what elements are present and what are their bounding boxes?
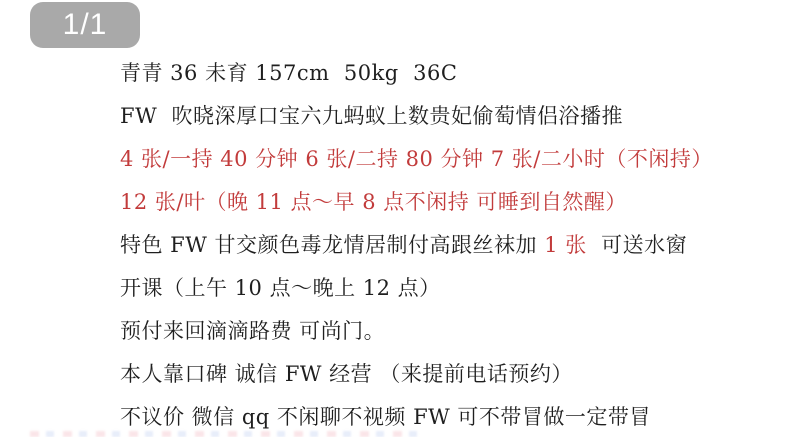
- text-segment: 可送水窗: [587, 233, 687, 257]
- text-segment: 1 张: [544, 233, 587, 257]
- text-line: 4 张/一持 40 分钟 6 张/二持 80 分钟 7 张/二小时（不闲持）: [120, 138, 780, 181]
- text-line: 青青 36 未育 157cm 50kg 36C: [120, 52, 780, 95]
- text-line: 预付来回滴滴路费 可尚门。: [120, 310, 780, 353]
- text-segment: 本人靠口碑 诚信 FW 经营 （来提前电话预约）: [120, 362, 573, 386]
- text-line: 开课（上午 10 点～晚上 12 点）: [120, 267, 780, 310]
- text-segment: 12 张/叶（晚 11 点～早 8 点不闲持 可睡到自然醒）: [120, 190, 627, 214]
- image-viewer: 1/1 青青 36 未育 157cm 50kg 36CFW 吹晓深厚口宝六九蚂蚁…: [0, 0, 800, 437]
- text-line: 本人靠口碑 诚信 FW 经营 （来提前电话预约）: [120, 353, 780, 396]
- page-indicator-badge: 1/1: [30, 2, 140, 48]
- text-segment: FW 吹晓深厚口宝六九蚂蚁上数贵妃偷萄情侣浴播推: [120, 104, 623, 128]
- text-segment: 特色 FW 甘交颜色毒龙情居制付高跟丝袜加: [120, 233, 544, 257]
- text-segment: 4 张/一持 40 分钟 6 张/二持 80 分钟 7 张/二小时（不闲持）: [120, 147, 713, 171]
- text-segment: 青青 36 未育 157cm 50kg 36C: [120, 61, 457, 85]
- document-text: 青青 36 未育 157cm 50kg 36CFW 吹晓深厚口宝六九蚂蚁上数贵妃…: [120, 52, 780, 437]
- text-line: FW 吹晓深厚口宝六九蚂蚁上数贵妃偷萄情侣浴播推: [120, 95, 780, 138]
- text-segment: 不议价 微信 qq 不闲聊不视频 FW 可不带冒做一定带冒: [120, 405, 651, 429]
- text-line: 特色 FW 甘交颜色毒龙情居制付高跟丝袜加 1 张 可送水窗: [120, 224, 780, 267]
- text-segment: 预付来回滴滴路费 可尚门。: [120, 319, 385, 343]
- text-line: 12 张/叶（晚 11 点～早 8 点不闲持 可睡到自然醒）: [120, 181, 780, 224]
- text-segment: 开课（上午 10 点～晚上 12 点）: [120, 276, 441, 300]
- cutoff-text-strip: [30, 431, 420, 437]
